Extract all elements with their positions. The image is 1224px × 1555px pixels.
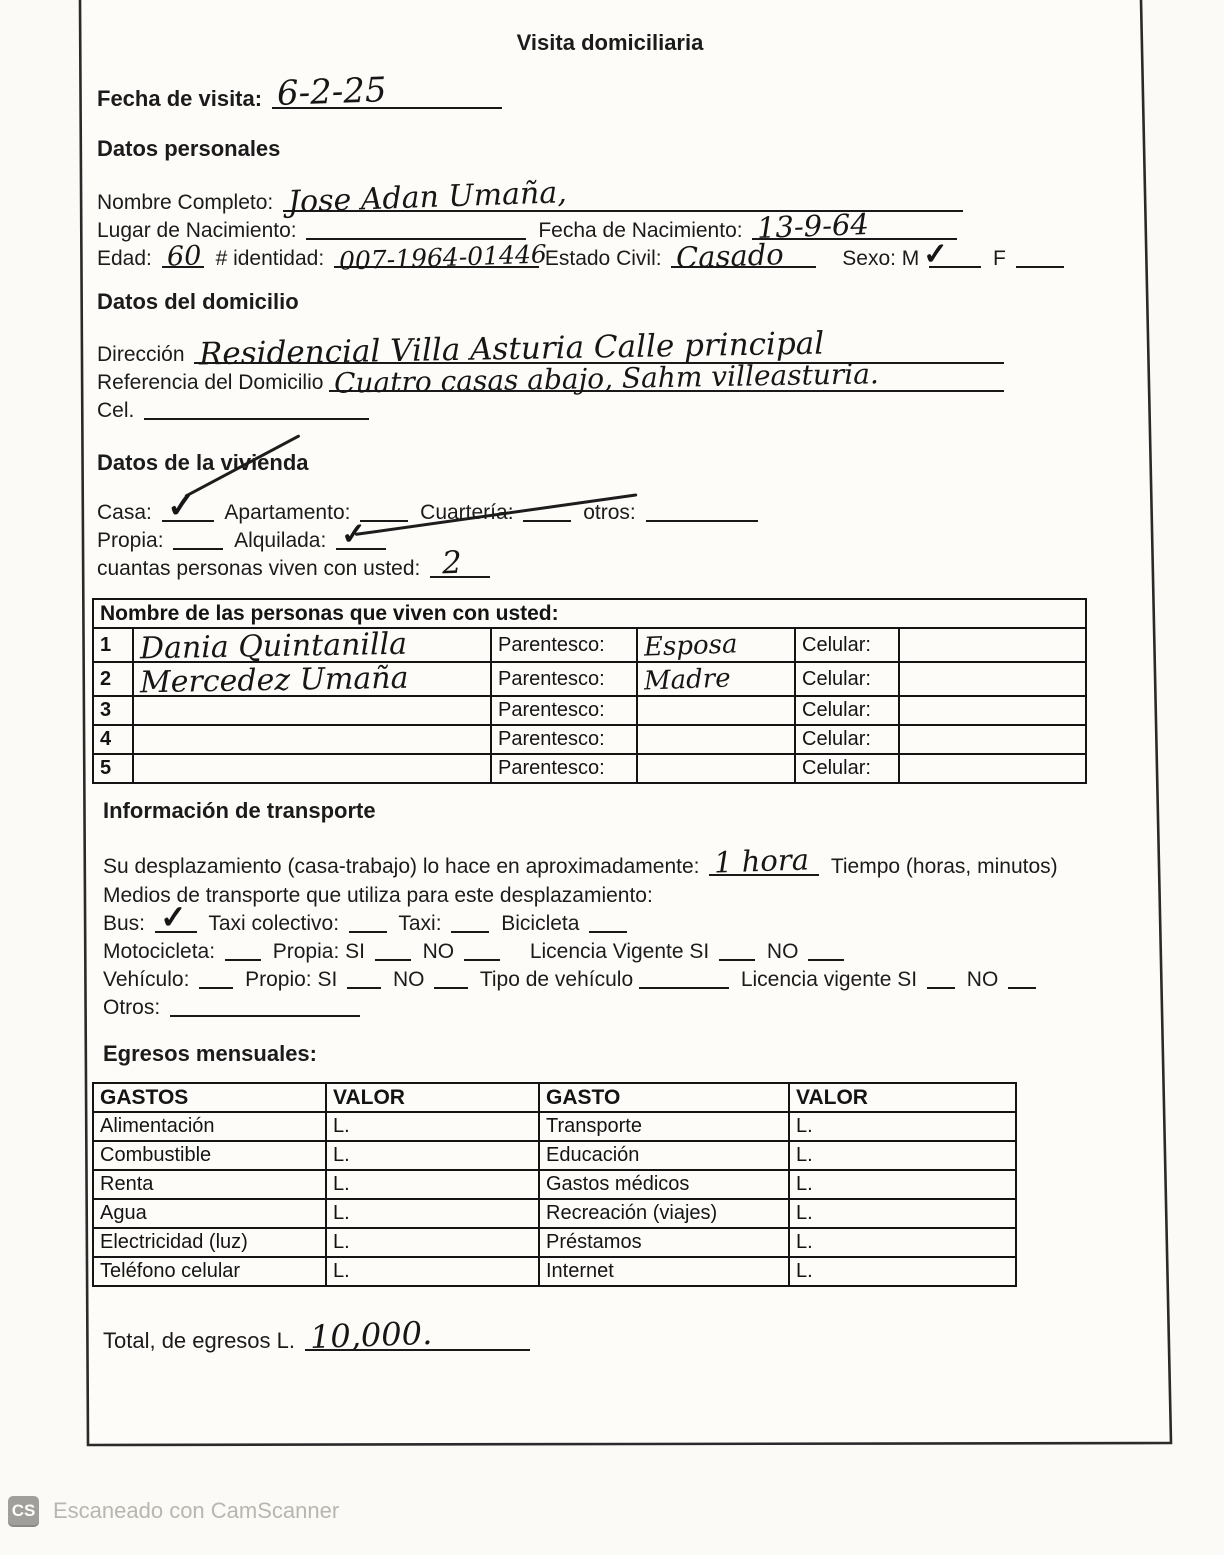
- parentesco-cell: Madre: [637, 662, 795, 696]
- identidad-label: # identidad:: [216, 247, 325, 270]
- gasto-cell: Gastos médicos: [539, 1170, 789, 1199]
- alquilada-field: ✓: [336, 530, 386, 550]
- moto-licencia-label: Licencia Vigente SI: [530, 940, 709, 963]
- valor-cell: L.: [326, 1257, 539, 1286]
- personas-count-label: cuantas personas viven con usted:: [97, 557, 420, 580]
- taxi-label: Taxi:: [398, 912, 441, 935]
- form-title: Visita domiciliaria: [80, 30, 1140, 56]
- table-row: Combustible L. Educación L.: [93, 1141, 1016, 1170]
- vivienda-heading: Datos de la vivienda: [97, 450, 309, 476]
- handwritten-edad: 60: [166, 242, 201, 270]
- parentesco-label: Parentesco:: [491, 754, 637, 783]
- camscanner-text: Escaneado con CamScanner: [53, 1498, 339, 1524]
- parentesco-cell: Esposa: [637, 628, 795, 662]
- bicicleta-field: [589, 913, 627, 933]
- egresos-header-valor1: VALOR: [326, 1083, 539, 1112]
- veh-licencia-no-field: [1008, 969, 1036, 989]
- otros-transporte-label: Otros:: [103, 996, 160, 1019]
- sexo-m-field: ✓: [929, 248, 981, 268]
- personas-table: Nombre de las personas que viven con ust…: [92, 598, 1087, 784]
- row-number: 2: [93, 662, 133, 696]
- sexo-label: Sexo: M: [842, 247, 919, 270]
- row-number: 4: [93, 725, 133, 754]
- veh-tipo-label: Tipo de vehículo: [480, 968, 633, 991]
- apartamento-label: Apartamento:: [224, 501, 350, 524]
- celular-label: Celular:: [795, 662, 899, 696]
- cel-field: [144, 400, 369, 420]
- gasto-cell: Teléfono celular: [93, 1257, 326, 1286]
- moto-no-label: NO: [423, 940, 455, 963]
- lugar-nacimiento-field: [306, 220, 526, 240]
- alquilada-label: Alquilada:: [234, 529, 326, 552]
- parentesco-label: Parentesco:: [491, 696, 637, 725]
- tiempo-label: Tiempo (horas, minutos): [831, 855, 1058, 878]
- name-cell: [133, 696, 491, 725]
- handwritten-parentesco: Madre: [644, 665, 731, 694]
- gasto-cell: Combustible: [93, 1141, 326, 1170]
- parentesco-cell: [637, 696, 795, 725]
- handwritten-parentesco: Esposa: [644, 631, 738, 660]
- taxi-colectivo-field: [349, 913, 387, 933]
- table-row: 1 Dania Quintanilla Parentesco: Esposa C…: [93, 628, 1086, 662]
- handwritten-total: 10,000.: [309, 1317, 432, 1353]
- veh-propio-si-field: [347, 969, 381, 989]
- veh-propio-label: Propio: SI: [245, 968, 337, 991]
- valor-cell: L.: [326, 1141, 539, 1170]
- otros-transporte-field: [170, 997, 360, 1017]
- camscanner-icon: CS: [8, 1496, 39, 1525]
- checkmark-alquilada: ✓: [341, 520, 367, 551]
- table-row: 2 Mercedez Umaña Parentesco: Madre Celul…: [93, 662, 1086, 696]
- name-cell: Mercedez Umaña: [133, 662, 491, 696]
- egresos-header-row: GASTOS VALOR GASTO VALOR: [93, 1083, 1016, 1112]
- propia-label: Propia:: [97, 529, 164, 552]
- handwritten-nombre: Jose Adan Umaña,: [288, 178, 568, 218]
- moto-propia-label: Propia: SI: [273, 940, 365, 963]
- table-row: 3 Parentesco: Celular:: [93, 696, 1086, 725]
- row-number: 5: [93, 754, 133, 783]
- gasto-cell: Transporte: [539, 1112, 789, 1141]
- valor-cell: L.: [789, 1199, 1016, 1228]
- gasto-cell: Internet: [539, 1257, 789, 1286]
- handwritten-name: Mercedez Umaña: [140, 664, 409, 699]
- cuarteria-label: Cuartería:: [420, 501, 513, 524]
- egresos-table: GASTOS VALOR GASTO VALOR Alimentación L.…: [92, 1082, 1017, 1287]
- veh-licencia-label: Licencia vigente SI: [741, 968, 917, 991]
- desplazamiento-label: Su desplazamiento (casa-trabajo) lo hace…: [103, 855, 700, 878]
- celular-label: Celular:: [795, 696, 899, 725]
- veh-no-field: [434, 969, 468, 989]
- apartamento-field: [360, 502, 408, 522]
- checkmark-bus: ✓: [159, 901, 187, 934]
- motocicleta-label: Motocicleta:: [103, 940, 215, 963]
- total-egresos-field: 10,000.: [305, 1331, 530, 1351]
- moto-no-field: [464, 941, 500, 961]
- moto-licencia-no-field: [808, 941, 844, 961]
- valor-cell: L.: [789, 1141, 1016, 1170]
- moto-no2-label: NO: [767, 940, 799, 963]
- parentesco-cell: [637, 754, 795, 783]
- parentesco-label: Parentesco:: [491, 662, 637, 696]
- direccion-label: Dirección: [97, 343, 185, 366]
- table-row: Alimentación L. Transporte L.: [93, 1112, 1016, 1141]
- vehiculo-label: Vehículo:: [103, 968, 189, 991]
- handwritten-fecha-visita: 6-2-25: [276, 73, 387, 111]
- taxi-colectivo-label: Taxi colectivo:: [208, 912, 339, 935]
- cuarteria-field: [523, 502, 571, 522]
- camscanner-footer: CS Escaneado con CamScanner: [8, 1496, 339, 1525]
- checkmark-casa: ✓: [166, 489, 196, 524]
- nombre-label: Nombre Completo:: [97, 191, 273, 214]
- celular-label: Celular:: [795, 754, 899, 783]
- handwritten-personas-count: 2: [442, 548, 463, 580]
- handwritten-identidad: 007-1964-01446: [339, 241, 548, 273]
- personales-heading: Datos personales: [97, 136, 280, 162]
- table-row: Electricidad (luz) L. Préstamos L.: [93, 1228, 1016, 1257]
- fecha-nacimiento-label: Fecha de Nacimiento:: [538, 219, 742, 242]
- fecha-visita-field: 6-2-25: [272, 89, 502, 109]
- casa-field: ✓: [162, 502, 214, 522]
- vehiculo-field: [199, 969, 233, 989]
- parentesco-label: Parentesco:: [491, 725, 637, 754]
- veh-tipo-field: [639, 969, 729, 989]
- handwritten-referencia: Cuatro casas abajo, Sahm villeasturia.: [334, 360, 879, 398]
- taxi-field: [451, 913, 489, 933]
- row-number: 3: [93, 696, 133, 725]
- motocicleta-field: [225, 941, 261, 961]
- valor-cell: L.: [789, 1257, 1016, 1286]
- cel-label: Cel.: [97, 399, 134, 422]
- veh-no2-label: NO: [967, 968, 999, 991]
- moto-propia-si-field: [375, 941, 411, 961]
- direccion-field: Residencial Villa Asturia Calle principa…: [194, 344, 1004, 364]
- valor-cell: L.: [789, 1228, 1016, 1257]
- valor-cell: L.: [326, 1199, 539, 1228]
- celular-label: Celular:: [795, 628, 899, 662]
- table-row: 5 Parentesco: Celular:: [93, 754, 1086, 783]
- gasto-cell: Alimentación: [93, 1112, 326, 1141]
- otros-vivienda-label: otros:: [583, 501, 636, 524]
- bicicleta-label: Bicicleta: [501, 912, 579, 935]
- name-cell: [133, 754, 491, 783]
- estado-civil-field: Casado: [671, 248, 816, 268]
- sexo-f-field: [1016, 248, 1064, 268]
- table-row: 4 Parentesco: Celular:: [93, 725, 1086, 754]
- desplazamiento-field: 1 hora: [709, 856, 819, 876]
- personas-table-header-row: Nombre de las personas que viven con ust…: [93, 599, 1086, 628]
- celular-cell: [899, 628, 1086, 662]
- gasto-cell: Electricidad (luz): [93, 1228, 326, 1257]
- celular-label: Celular:: [795, 725, 899, 754]
- gasto-cell: Educación: [539, 1141, 789, 1170]
- domicilio-heading: Datos del domicilio: [97, 289, 299, 315]
- egresos-header-valor2: VALOR: [789, 1083, 1016, 1112]
- handwritten-estado-civil: Casado: [676, 240, 785, 273]
- gasto-cell: Renta: [93, 1170, 326, 1199]
- table-row: Renta L. Gastos médicos L.: [93, 1170, 1016, 1199]
- personas-count-field: 2: [430, 558, 490, 578]
- veh-no-label: NO: [393, 968, 425, 991]
- parentesco-cell: [637, 725, 795, 754]
- bus-field: ✓: [155, 913, 197, 933]
- checkmark-sexo-m: ✓: [923, 240, 949, 271]
- referencia-label: Referencia del Domicilio: [97, 371, 323, 394]
- valor-cell: L.: [789, 1112, 1016, 1141]
- estado-civil-label2: Estado Civil:: [545, 247, 662, 270]
- handwritten-desplazamiento: 1 hora: [714, 845, 810, 877]
- celular-cell: [899, 754, 1086, 783]
- valor-cell: L.: [789, 1170, 1016, 1199]
- bus-label: Bus:: [103, 912, 145, 935]
- row-number: 1: [93, 628, 133, 662]
- edad-field: 60: [162, 248, 204, 268]
- transporte-heading: Información de transporte: [103, 798, 376, 824]
- celular-cell: [899, 725, 1086, 754]
- total-egresos-label: Total, de egresos L.: [103, 1328, 295, 1353]
- parentesco-label: Parentesco:: [491, 628, 637, 662]
- fecha-visita-label: Fecha de visita:: [97, 86, 262, 111]
- name-cell: Dania Quintanilla: [133, 628, 491, 662]
- gasto-cell: Recreación (viajes): [539, 1199, 789, 1228]
- egresos-heading: Egresos mensuales:: [103, 1041, 317, 1067]
- valor-cell: L.: [326, 1228, 539, 1257]
- edad-label: Edad:: [97, 247, 152, 270]
- scanned-form-page: Visita domiciliaria Fecha de visita: 6-2…: [0, 0, 1224, 1555]
- gasto-cell: Préstamos: [539, 1228, 789, 1257]
- egresos-header-gastos: GASTOS: [93, 1083, 326, 1112]
- referencia-field: Cuatro casas abajo, Sahm villeasturia.: [329, 372, 1004, 392]
- gasto-cell: Agua: [93, 1199, 326, 1228]
- propia-field: [173, 530, 223, 550]
- celular-cell: [899, 696, 1086, 725]
- lugar-nacimiento-label: Lugar de Nacimiento:: [97, 219, 297, 242]
- moto-licencia-si-field: [719, 941, 755, 961]
- celular-cell: [899, 662, 1086, 696]
- table-row: Agua L. Recreación (viajes) L.: [93, 1199, 1016, 1228]
- casa-label: Casa:: [97, 501, 152, 524]
- name-cell: [133, 725, 491, 754]
- sexo-f-label: F: [993, 247, 1006, 270]
- handwritten-name: Dania Quintanilla: [140, 630, 408, 665]
- otros-vivienda-field: [646, 502, 758, 522]
- identidad-field: 007-1964-01446: [334, 248, 539, 268]
- egresos-header-gasto: GASTO: [539, 1083, 789, 1112]
- table-row: Teléfono celular L. Internet L.: [93, 1257, 1016, 1286]
- personas-table-header: Nombre de las personas que viven con ust…: [93, 599, 1086, 628]
- valor-cell: L.: [326, 1170, 539, 1199]
- veh-licencia-si-field: [927, 969, 955, 989]
- valor-cell: L.: [326, 1112, 539, 1141]
